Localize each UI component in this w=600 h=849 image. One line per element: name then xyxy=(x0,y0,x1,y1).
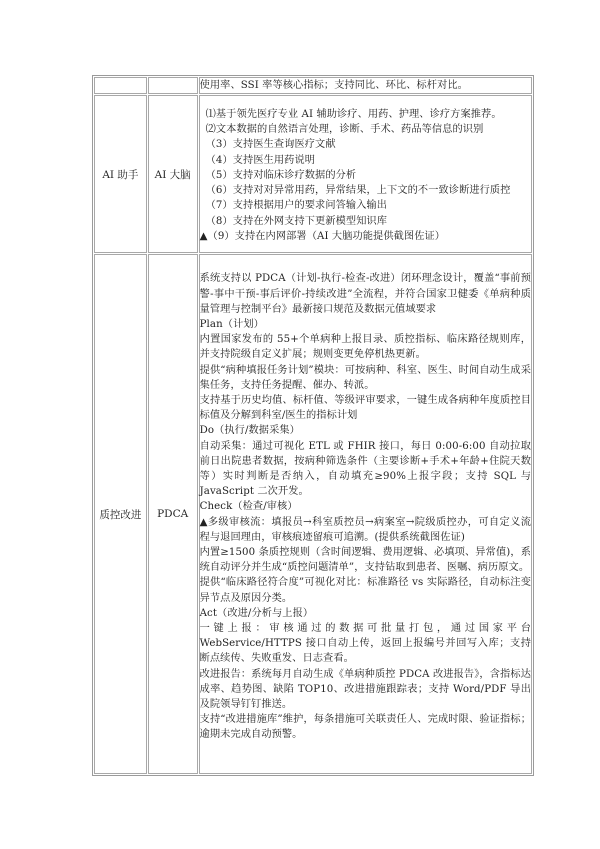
content-line: 自动采集：通过可视化 ETL 或 FHIR 接口，每日 0:00-6:00 自动… xyxy=(200,439,531,500)
content-line: 支持基于历史均值、标杆值、等级评审要求，一键生成各病种年度质控目标值及分解到科室… xyxy=(200,393,531,423)
content-line: 使用率、SSI 率等核心指标；支持同比、环比、标杆对比。 xyxy=(200,79,531,93)
trailing-space xyxy=(200,743,531,759)
content-line: （8）支持在外网支持下更新模型知识库 xyxy=(200,214,531,229)
content-cell: ⑴基于领先医疗专业 AI 辅助诊疗、用药、护理、诊疗方案推荐。 ⑵文本数据的自然… xyxy=(199,95,532,253)
content-line: （6）支持对对异常用药，异常结果，上下文的不一致诊断进行质控 xyxy=(200,183,531,198)
content-line: ▲（9）支持在内网部署（AI 大脑功能提供截图佐证） xyxy=(200,229,531,244)
content-line: 提供“临床路径符合度”可视化对比：标准路径 vs 实际路径，自动标注变异节点及原… xyxy=(200,575,531,605)
module-cell: AI 大脑 xyxy=(148,95,198,253)
table-row: 使用率、SSI 率等核心指标；支持同比、环比、标杆对比。 xyxy=(94,77,532,94)
content-cell: 系统支持以 PDCA（计划-执行-检查-改进）闭环理念设计，覆盖“事前预警-事中… xyxy=(199,254,532,774)
category-cell: 质控改进 xyxy=(94,254,147,774)
category-cell xyxy=(94,77,147,94)
table-row: 质控改进 PDCA 系统支持以 PDCA（计划-执行-检查-改进）闭环理念设计，… xyxy=(94,254,532,774)
module-cell xyxy=(148,77,198,94)
content-line: 内置≥1500 条质控规则（含时间逻辑、费用逻辑、必填项、异常值)，系统自动评分… xyxy=(200,545,531,575)
content-line: （5）支持对临床诊疗数据的分析 xyxy=(200,168,531,183)
phase-heading-plan: Plan（计划） xyxy=(200,317,531,332)
content-line: ⑴基于领先医疗专业 AI 辅助诊疗、用药、护理、诊疗方案推荐。 xyxy=(200,107,531,122)
content-line: 内置国家发布的 55+个单病种上报目录、质控指标、临床路径规则库，并支持院级自定… xyxy=(200,332,531,362)
category-cell: AI 助手 xyxy=(94,95,147,253)
content-line: ▲多级审核流：填报员→科室质控员→病案室→院级质控办，可自定义流程与退回理由，审… xyxy=(200,515,531,545)
content-line: （4）支持医生用药说明 xyxy=(200,153,531,168)
content-line: （7）支持根据用户的要求问答输入输出 xyxy=(200,198,531,213)
content-line: 支持“改进措施库”维护，每条措施可关联责任人、完成时限、验证指标；逾期未完成自动… xyxy=(200,712,531,742)
phase-heading-do: Do（执行/数据采集） xyxy=(200,423,531,438)
document-page: 使用率、SSI 率等核心指标；支持同比、环比、标杆对比。 AI 助手 AI 大脑… xyxy=(0,0,600,849)
content-line: （3）支持医生查询医疗文献 xyxy=(200,137,531,152)
content-line: ⑵文本数据的自然语言处理，诊断、手术、药品等信息的识别 xyxy=(200,122,531,137)
content-line: 改进报告：系统每月自动生成《单病种质控 PDCA 改进报告》，含指标达成率、趋势… xyxy=(200,667,531,713)
table-row: AI 助手 AI 大脑 ⑴基于领先医疗专业 AI 辅助诊疗、用药、护理、诊疗方案… xyxy=(94,95,532,253)
phase-heading-check: Check（检查/审核） xyxy=(200,499,531,514)
phase-heading-act: Act（改进/分析与上报） xyxy=(200,606,531,621)
spec-table: 使用率、SSI 率等核心指标；支持同比、环比、标杆对比。 AI 助手 AI 大脑… xyxy=(92,75,534,776)
content-cell: 使用率、SSI 率等核心指标；支持同比、环比、标杆对比。 xyxy=(199,77,532,94)
content-line: 提供“病种填报任务计划”模块：可按病种、科室、医生、时间自动生成采集任务，支持任… xyxy=(200,363,531,393)
module-cell: PDCA xyxy=(148,254,198,774)
content-line: 系统支持以 PDCA（计划-执行-检查-改进）闭环理念设计，覆盖“事前预警-事中… xyxy=(200,271,531,317)
content-line: 一键上报：审核通过的数据可批量打包，通过国家平台 WebService/HTTP… xyxy=(200,621,531,667)
